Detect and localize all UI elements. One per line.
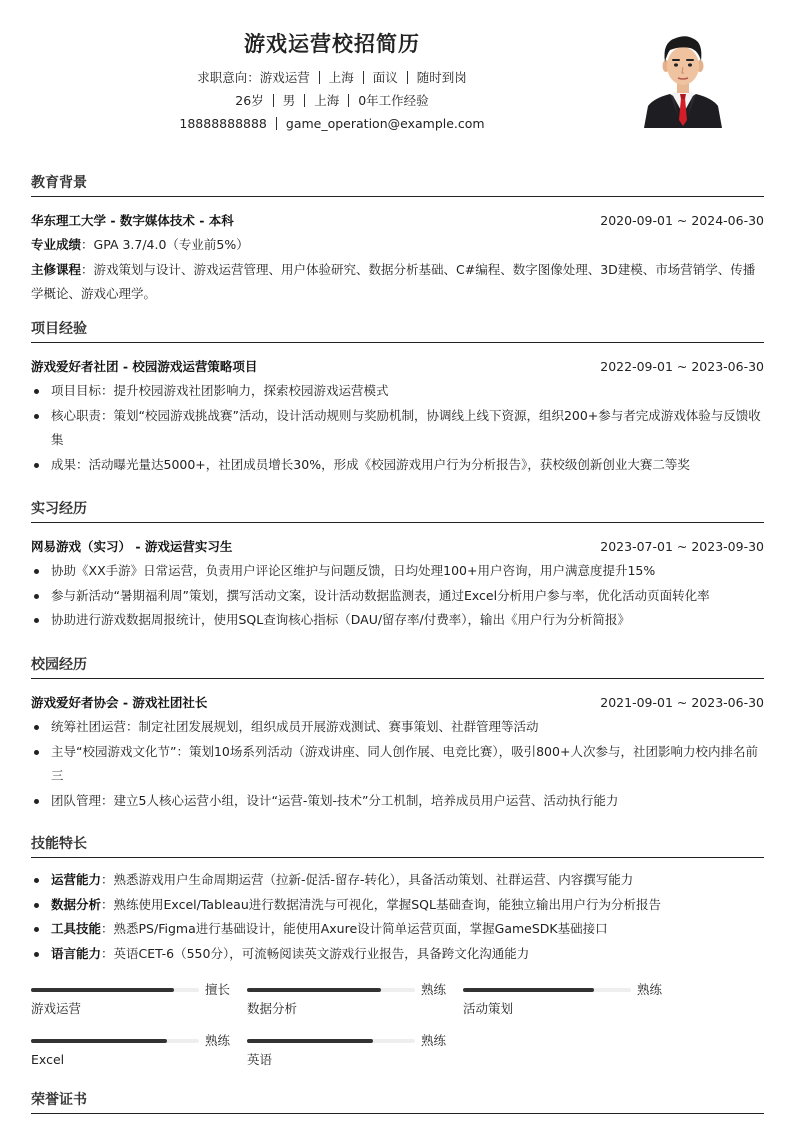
skill-name: Excel	[31, 1051, 64, 1069]
gpa-line: 专业成绩：GPA 3.7/4.0（专业前5%）	[31, 233, 764, 258]
list-item: 语言能力：英语CET-6（550分），可流畅阅读英文游戏行业报告，具备跨文化沟通…	[31, 942, 764, 967]
skill-label: 数据分析	[51, 897, 101, 912]
section-title: 教育背景	[31, 172, 764, 194]
project-date: 2022-09-01 ~ 2023-06-30	[600, 359, 764, 374]
skill-bar-fill	[463, 988, 594, 992]
skill-label: 语言能力	[51, 946, 101, 961]
skill-bar-fill	[247, 1039, 373, 1043]
skill-name: 游戏运营	[31, 1000, 81, 1018]
phone: 18888888888	[179, 116, 266, 131]
section-title: 技能特长	[31, 833, 764, 855]
gender: 男	[283, 93, 296, 108]
divider	[273, 94, 274, 107]
skill-level: 熟练	[205, 1033, 230, 1049]
skill-bar-track	[463, 988, 631, 992]
internship-entry-header: 网易游戏（实习） - 游戏运营实习生 2023-07-01 ~ 2023-09-…	[31, 533, 764, 559]
campus-date: 2021-09-01 ~ 2023-06-30	[600, 695, 764, 710]
job-intent-line: 求职意向：游戏运营上海面议随时到岗	[0, 66, 664, 89]
avatar-portrait-icon	[640, 28, 726, 128]
internship-bullets: 协助《XX手游》日常运营，负责用户评论区维护与问题反馈，日均处理100+用户咨询…	[31, 559, 764, 633]
project-entry-header: 游戏爱好者社团 - 校园游戏运营策略项目 2022-09-01 ~ 2023-0…	[31, 353, 764, 379]
skill-bar-track	[31, 988, 199, 992]
skill-label: 工具技能	[51, 921, 101, 936]
personal-info-line: 26岁男上海0年工作经验	[0, 89, 664, 112]
skill-bar-item: 熟练 Excel	[31, 1033, 231, 1083]
skill-text: ：熟悉PS/Figma进行基础设计，能使用Axure设计简单运营页面，掌握Gam…	[101, 921, 608, 936]
skill-bar-track	[31, 1039, 199, 1043]
list-item: 协助进行游戏数据周报统计，使用SQL查询核心指标（DAU/留存率/付费率），输出…	[31, 608, 764, 633]
education-date: 2020-09-01 ~ 2024-06-30	[600, 213, 764, 228]
age: 26岁	[235, 93, 263, 108]
skill-bar-fill	[31, 988, 174, 992]
list-item: 工具技能：熟悉PS/Figma进行基础设计，能使用Axure设计简单运营页面，掌…	[31, 917, 764, 942]
skill-bar-item: 熟练 英语	[247, 1033, 447, 1083]
divider	[276, 117, 277, 130]
divider	[319, 71, 320, 84]
courses-label: 主修课程	[31, 262, 81, 277]
resume-header: 游戏运营校招简历 求职意向：游戏运营上海面议随时到岗 26岁男上海0年工作经验 …	[0, 28, 664, 135]
skill-bar-track	[247, 988, 415, 992]
divider	[304, 94, 305, 107]
resume-page: 游戏运营校招简历 求职意向：游戏运营上海面议随时到岗 26岁男上海0年工作经验 …	[0, 0, 794, 1123]
experience: 0年工作经验	[358, 93, 428, 108]
section-projects: 项目经验 游戏爱好者社团 - 校园游戏运营策略项目 2022-09-01 ~ 2…	[31, 318, 764, 477]
project-title: 游戏爱好者社团 - 校园游戏运营策略项目	[31, 357, 257, 375]
section-campus: 校园经历 游戏爱好者协会 - 游戏社团社长 2021-09-01 ~ 2023-…	[31, 654, 764, 813]
list-item: 协助《XX手游》日常运营，负责用户评论区维护与问题反馈，日均处理100+用户咨询…	[31, 559, 764, 584]
skill-text: ：熟悉游戏用户生命周期运营（拉新-促活-留存-转化），具备活动策划、社群运营、内…	[101, 872, 633, 887]
list-item: 核心职责：策划“校园游戏挑战赛”活动，设计活动规则与奖励机制，协调线上线下资源，…	[31, 404, 764, 453]
campus-entry-header: 游戏爱好者协会 - 游戏社团社长 2021-09-01 ~ 2023-06-30	[31, 689, 764, 715]
list-item: 参与新活动“暑期福利周”策划，撰写活动文案，设计活动数据监测表，通过Excel分…	[31, 584, 764, 609]
skill-bar-item: 擅长 游戏运营	[31, 982, 231, 1032]
job-intent: 求职意向：游戏运营	[197, 70, 310, 85]
section-title: 校园经历	[31, 654, 764, 676]
resume-title: 游戏运营校招简历	[0, 28, 664, 60]
skill-level: 熟练	[637, 982, 662, 998]
intent-city: 上海	[329, 70, 354, 85]
skill-name: 活动策划	[463, 1000, 513, 1018]
skill-bar-fill	[31, 1039, 167, 1043]
list-item: 团队管理：建立5人核心运营小组，设计“运营-策划-技术”分工机制，培养成员用户运…	[31, 789, 764, 814]
section-title: 荣誉证书	[31, 1089, 764, 1111]
courses-value: ：游戏策划与设计、游戏运营管理、用户体验研究、数据分析基础、C#编程、数字图像处…	[31, 262, 755, 302]
skill-text: ：熟练使用Excel/Tableau进行数据清洗与可视化，掌握SQL基础查询，能…	[101, 897, 661, 912]
skill-level: 熟练	[421, 1033, 446, 1049]
skill-bar-item: 熟练 数据分析	[247, 982, 447, 1032]
salary: 面议	[373, 70, 398, 85]
skill-name: 英语	[247, 1051, 272, 1069]
skill-bullets: 运营能力：熟悉游戏用户生命周期运营（拉新-促活-留存-转化），具备活动策划、社群…	[31, 868, 764, 966]
list-item: 成果：活动曝光量达5000+，社团成员增长30%，形成《校园游戏用户行为分析报告…	[31, 453, 764, 478]
divider	[407, 71, 408, 84]
list-item: 数据分析：熟练使用Excel/Tableau进行数据清洗与可视化，掌握SQL基础…	[31, 893, 764, 918]
email: game_operation@example.com	[286, 116, 485, 131]
list-item: 主导“校园游戏文化节”：策划10场系列活动（游戏讲座、同人创作展、电竞比赛），吸…	[31, 740, 764, 789]
school-major-degree: 华东理工大学 - 数字媒体技术 - 本科	[31, 211, 234, 229]
skill-name: 数据分析	[247, 1000, 297, 1018]
skill-bar-fill	[247, 988, 381, 992]
contact-line: 18888888888game_operation@example.com	[0, 112, 664, 135]
skill-bar-item: 熟练 活动策划	[463, 982, 663, 1032]
section-title: 项目经验	[31, 318, 764, 340]
company-role: 网易游戏（实习） - 游戏运营实习生	[31, 537, 232, 555]
section-divider	[31, 1113, 764, 1114]
project-bullets: 项目目标：提升校园游戏社团影响力，探索校园游戏运营模式 核心职责：策划“校园游戏…	[31, 379, 764, 477]
skill-level: 熟练	[421, 982, 446, 998]
organization-role: 游戏爱好者协会 - 游戏社团社长	[31, 693, 207, 711]
list-item: 项目目标：提升校园游戏社团影响力，探索校园游戏运营模式	[31, 379, 764, 404]
skill-label: 运营能力	[51, 872, 101, 887]
skill-text: ：英语CET-6（550分），可流畅阅读英文游戏行业报告，具备跨文化沟通能力	[101, 946, 529, 961]
section-honors: 荣誉证书	[31, 1089, 764, 1114]
divider	[363, 71, 364, 84]
divider	[348, 94, 349, 107]
internship-date: 2023-07-01 ~ 2023-09-30	[600, 539, 764, 554]
section-internship: 实习经历 网易游戏（实习） - 游戏运营实习生 2023-07-01 ~ 202…	[31, 498, 764, 633]
campus-bullets: 统筹社团运营：制定社团发展规划，组织成员开展游戏测试、赛事策划、社群管理等活动 …	[31, 715, 764, 813]
list-item: 运营能力：熟悉游戏用户生命周期运营（拉新-促活-留存-转化），具备活动策划、社群…	[31, 868, 764, 893]
section-title: 实习经历	[31, 498, 764, 520]
section-education: 教育背景 华东理工大学 - 数字媒体技术 - 本科 2020-09-01 ~ 2…	[31, 172, 764, 307]
availability: 随时到岗	[417, 70, 467, 85]
section-skills: 技能特长 运营能力：熟悉游戏用户生命周期运营（拉新-促活-留存-转化），具备活动…	[31, 833, 764, 966]
avatar	[640, 28, 726, 128]
skill-level: 擅长	[205, 982, 230, 998]
skill-bar-track	[247, 1039, 415, 1043]
gpa-value: ：GPA 3.7/4.0（专业前5%）	[81, 237, 249, 252]
list-item: 统筹社团运营：制定社团发展规划，组织成员开展游戏测试、赛事策划、社群管理等活动	[31, 715, 764, 740]
courses-line: 主修课程：游戏策划与设计、游戏运营管理、用户体验研究、数据分析基础、C#编程、数…	[31, 258, 764, 307]
education-entry-header: 华东理工大学 - 数字媒体技术 - 本科 2020-09-01 ~ 2024-0…	[31, 207, 764, 233]
gpa-label: 专业成绩	[31, 237, 81, 252]
city: 上海	[314, 93, 339, 108]
